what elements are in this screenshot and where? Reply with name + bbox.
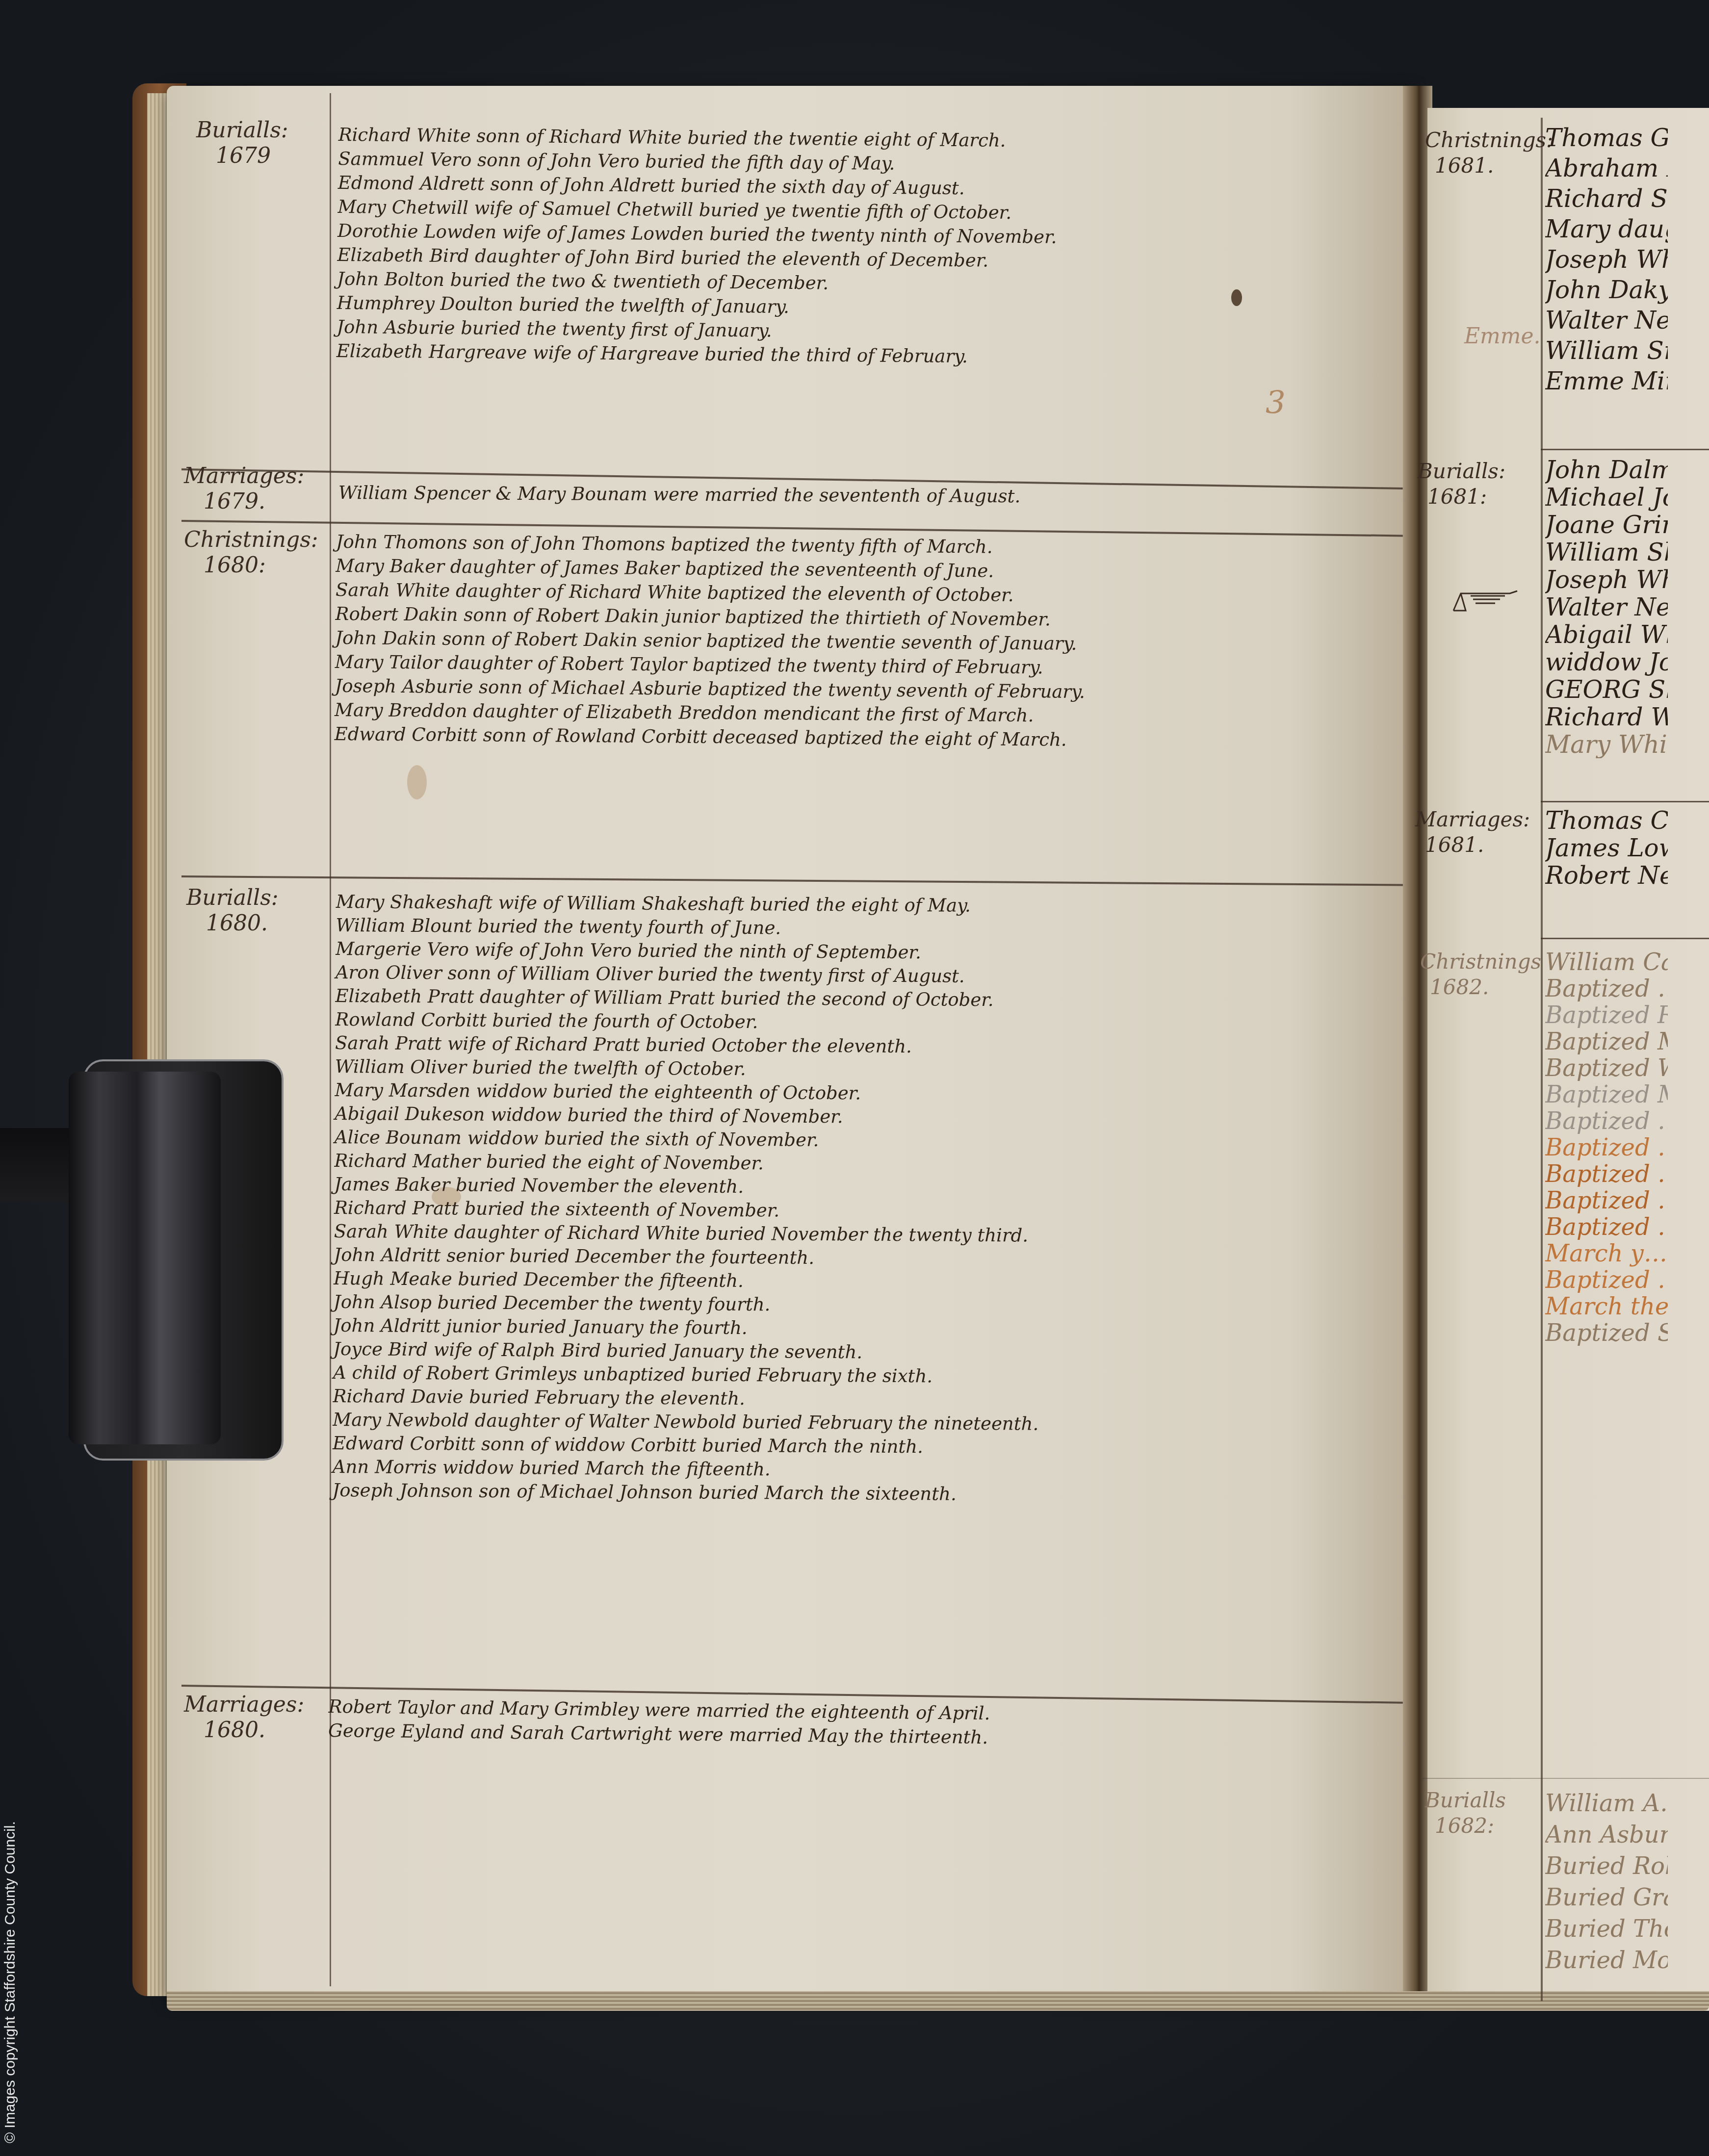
entry: Buried Rob… — [1545, 1850, 1668, 1882]
label-text: Marriages: — [1415, 807, 1530, 831]
entry: Mary Marsden widdow buried the eighteent… — [335, 1078, 1040, 1106]
entry: Richard Wh… — [1545, 703, 1668, 731]
label-year: 1679. — [184, 489, 292, 514]
entry: Sarah Pratt wife of Richard Pratt buried… — [335, 1031, 1041, 1059]
entry: William Spencer & Mary Bounam were marri… — [338, 481, 1021, 508]
entries-marriages-1680: Robert Taylor and Mary Grimbley were mar… — [328, 1694, 990, 1749]
entry: widdow Joh… — [1545, 648, 1668, 676]
entry: John Aldritt senior buried December the … — [334, 1243, 1039, 1271]
section-label-burials-1682: Burialls 1682: — [1425, 1788, 1523, 1839]
entry: Aron Oliver sonn of William Oliver burie… — [336, 961, 1041, 989]
entry: Joane Grim… — [1545, 511, 1668, 539]
entry: William Oliver buried the twelfth of Oct… — [335, 1055, 1041, 1083]
entry: Hugh Meake buried December the fifteenth… — [334, 1267, 1039, 1295]
section-label-marriages-1680: Marriages: 1680. — [184, 1692, 292, 1743]
entry: John Daky… — [1545, 275, 1668, 305]
entry: Sarah White daughter of Richard White bu… — [334, 1220, 1040, 1248]
label-year: 1681. — [1415, 832, 1513, 858]
label-text: Burialls: — [186, 885, 279, 910]
page-bottom-edge — [167, 1991, 1709, 2011]
entry: Margerie Vero wife of John Vero buried t… — [336, 937, 1041, 965]
clip-roller — [69, 1072, 221, 1444]
entry: GEORG Sh… — [1545, 676, 1668, 703]
section-label-marriages-1679: Marriages: 1679. — [184, 463, 292, 514]
entry: James Baker buried November the eleventh… — [334, 1173, 1040, 1201]
entry: Baptized … — [1545, 1161, 1668, 1187]
entry: Thomas Co… — [1545, 807, 1668, 834]
entries-christenings-1682: William Ca… Baptized … Baptized Ri… Bapt… — [1545, 949, 1668, 1346]
entry: Buried Thom… — [1545, 1913, 1668, 1945]
entry: Mary White… — [1545, 731, 1668, 758]
label-text: Burialls: — [196, 118, 288, 143]
entries-christenings-1681: Thomas Gardi… Abraham Ba… Richard Smi… M… — [1545, 123, 1668, 396]
entry: James Low… — [1545, 834, 1668, 862]
entry: Mary daug… — [1545, 214, 1668, 244]
entries-marriages-1681: Thomas Co… James Low… Robert New… — [1545, 807, 1668, 889]
entry: Joseph Whit… — [1545, 244, 1668, 275]
label-year: 1681: — [1418, 484, 1516, 510]
entry: Buried Mose… — [1545, 1945, 1668, 1976]
section-label-burials-1680: Burialls: 1680. — [186, 885, 294, 936]
entry: Buried Grat… — [1545, 1882, 1668, 1913]
entry: William Sm… — [1545, 335, 1668, 366]
entry: William Sho… — [1545, 539, 1668, 566]
label-year: 1680. — [186, 911, 294, 936]
page-clip — [64, 1045, 280, 1457]
pointing-hand-icon — [1451, 589, 1520, 618]
entry: Baptized M… — [1545, 1028, 1668, 1055]
label-year: 1680: — [184, 553, 292, 578]
entry: Richard Mather buried the eight of Novem… — [334, 1149, 1040, 1177]
entry: Baptized … — [1545, 975, 1668, 1002]
entry: William Ca… — [1545, 949, 1668, 975]
ink-blot — [1231, 289, 1242, 306]
entry: Emme Minn… — [1545, 366, 1668, 396]
label-text: Burialls: — [1418, 459, 1505, 483]
entry: Baptized Sa… — [1545, 1320, 1668, 1346]
entries-christenings-1680: John Thomons son of John Thomons baptize… — [335, 530, 1087, 752]
entry: Joseph Whit… — [1545, 566, 1668, 593]
entries-burials-1680: Mary Shakeshaft wife of William Shakesha… — [332, 890, 1041, 1507]
entry: Elizabeth Pratt daughter of William Prat… — [336, 984, 1041, 1012]
entry: Baptized Ri… — [1545, 1002, 1668, 1028]
entry: John Alsop buried December the twenty fo… — [334, 1290, 1039, 1318]
entry: Baptized … — [1545, 1187, 1668, 1214]
section-label-marriages-1681: Marriages: 1681. — [1415, 807, 1513, 858]
label-text: Marriages: — [184, 1692, 304, 1717]
entry: Joseph Johnson son of Michael Johnson bu… — [332, 1479, 1038, 1507]
entry: Abigail Whi… — [1545, 621, 1668, 648]
section-divider — [1541, 938, 1709, 939]
section-divider — [1541, 801, 1709, 802]
entries-burials-1682: William A… Ann Asbury… Buried Rob… Burie… — [1545, 1788, 1668, 1976]
entry: March the… — [1545, 1293, 1668, 1320]
entry: John Dalmer… — [1545, 456, 1668, 484]
entry: Richard Smi… — [1545, 183, 1668, 214]
page-number-annotation: 3 — [1266, 385, 1286, 421]
entries-burials-1679: Richard White sonn of Richard White buri… — [337, 123, 1058, 369]
entry: John Aldritt junior buried January the f… — [333, 1314, 1039, 1342]
entry: Ann Morris widdow buried March the fifte… — [333, 1455, 1038, 1483]
label-text: Christnings: — [1425, 128, 1553, 152]
copyright-notice: © Images copyright Staffordshire County … — [2, 1821, 19, 2143]
section-label-christenings-1681: Christnings: 1681. — [1425, 128, 1523, 179]
entries-burials-1681: John Dalmer… Michael Joh… Joane Grim… Wi… — [1545, 456, 1668, 758]
section-label-christenings-1680: Christnings: 1680: — [184, 527, 292, 578]
entry: Baptized … — [1545, 1267, 1668, 1293]
entry: Rowland Corbitt buried the fourth of Oct… — [335, 1008, 1041, 1036]
entry: Baptized … — [1545, 1214, 1668, 1240]
right-margin-rule — [1541, 118, 1543, 2001]
entry: Baptized M… — [1545, 1081, 1668, 1108]
entry: Abraham Ba… — [1545, 153, 1668, 183]
entry: Baptized … — [1545, 1134, 1668, 1161]
entry: Alice Bounam widdow buried the sixth of … — [335, 1126, 1040, 1154]
entry: Robert New… — [1545, 862, 1668, 889]
entry: Walter New… — [1545, 593, 1668, 621]
label-year: 1679 — [196, 143, 304, 169]
label-text: Marriages: — [184, 463, 304, 488]
section-label-christenings-1682: Christnings 1682. — [1420, 949, 1518, 1000]
entry: Richard Davie buried February the eleven… — [333, 1385, 1039, 1412]
label-year: 1682: — [1425, 1813, 1523, 1839]
entry: Baptized … — [1545, 1108, 1668, 1134]
entry: Thomas Gardi… — [1545, 123, 1668, 153]
label-year: 1681. — [1425, 153, 1523, 179]
entry: A child of Robert Grimleys unbaptized bu… — [333, 1361, 1039, 1389]
entry: Mary Newbold daughter of Walter Newbold … — [333, 1408, 1038, 1436]
section-label-burials-1679: Burialls: 1679 — [196, 118, 304, 169]
entry: Joyce Bird wife of Ralph Bird buried Jan… — [333, 1337, 1039, 1365]
entry: Michael Joh… — [1545, 484, 1668, 511]
entry: Richard Pratt buried the sixteenth of No… — [334, 1196, 1040, 1224]
margin-annotation: Emme. — [1464, 324, 1541, 349]
entry: Baptized W… — [1545, 1055, 1668, 1081]
section-divider — [1423, 1778, 1709, 1779]
label-text: Christnings: — [184, 527, 318, 552]
section-label-burials-1681: Burialls: 1681: — [1418, 459, 1516, 510]
section-divider — [1541, 449, 1709, 450]
entry: Edward Corbitt sonn of widdow Corbitt bu… — [333, 1432, 1038, 1460]
label-year: 1680. — [184, 1718, 292, 1743]
entry: Abigail Dukeson widdow buried the third … — [335, 1102, 1040, 1130]
entries-marriages-1679: William Spencer & Mary Bounam were marri… — [338, 481, 1021, 508]
label-year: 1682. — [1420, 975, 1518, 1000]
entry: Walter New… — [1545, 305, 1668, 335]
label-text: Burialls — [1425, 1788, 1506, 1812]
water-stain — [407, 765, 427, 799]
entry: William A… — [1545, 1788, 1668, 1819]
entry: March y… — [1545, 1240, 1668, 1267]
entry: Mary Shakeshaft wife of William Shakesha… — [336, 890, 1042, 918]
entry: Ann Asbury… — [1545, 1819, 1668, 1850]
label-text: Christnings — [1420, 950, 1541, 974]
entry: William Blount buried the twenty fourth … — [336, 914, 1041, 942]
